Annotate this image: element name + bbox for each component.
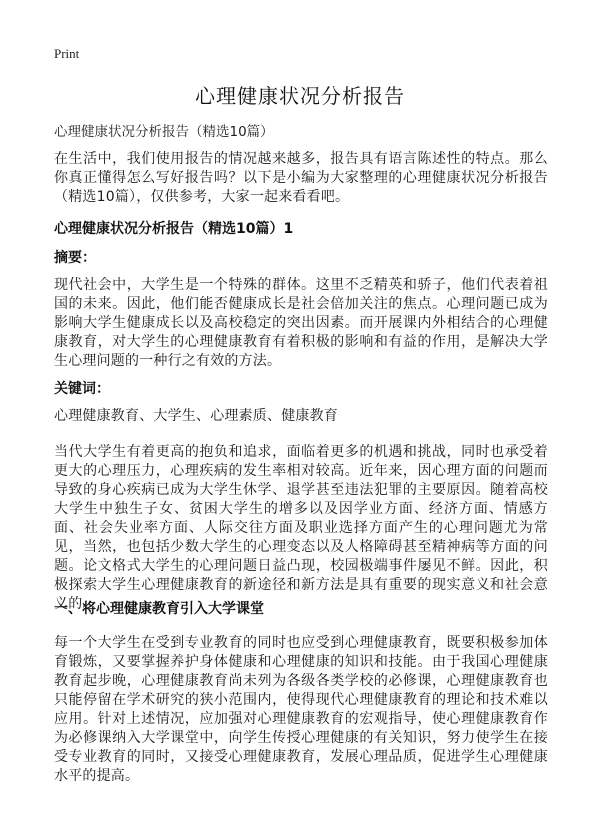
keywords-label: 关键词： xyxy=(54,378,110,398)
keywords-paragraph: 心理健康教育、大学生、心理素质、健康教育 xyxy=(54,407,548,426)
section-heading-1: 一、将心理健康教育引入大学课堂 xyxy=(54,598,264,618)
intro-paragraph: 在生活中，我们使用报告的情况越来越多，报告具有语言陈述性的特点。那么你真正懂得怎… xyxy=(54,150,548,207)
abstract-label: 摘要： xyxy=(54,247,96,267)
body-paragraph-2: 每一个大学生在受到专业教育的同时也应受到心理健康教育，既要积极参加体育锻炼，又要… xyxy=(54,634,548,786)
section-title: 心理健康状况分析报告（精选10篇）1 xyxy=(54,218,293,238)
abstract-paragraph: 现代社会中，大学生是一个特殊的群体。这里不乏精英和骄子，他们代表着祖国的未来。因… xyxy=(54,276,548,371)
document-title: 心理健康状况分析报告 xyxy=(0,80,600,109)
body-paragraph-1: 当代大学生有着更高的抱负和追求，面临着更多的机遇和挑战，同时也承受着更大的心理压… xyxy=(54,443,548,614)
print-label[interactable]: Print xyxy=(54,46,79,62)
document-subtitle: 心理健康状况分析报告（精选10篇） xyxy=(54,120,274,140)
